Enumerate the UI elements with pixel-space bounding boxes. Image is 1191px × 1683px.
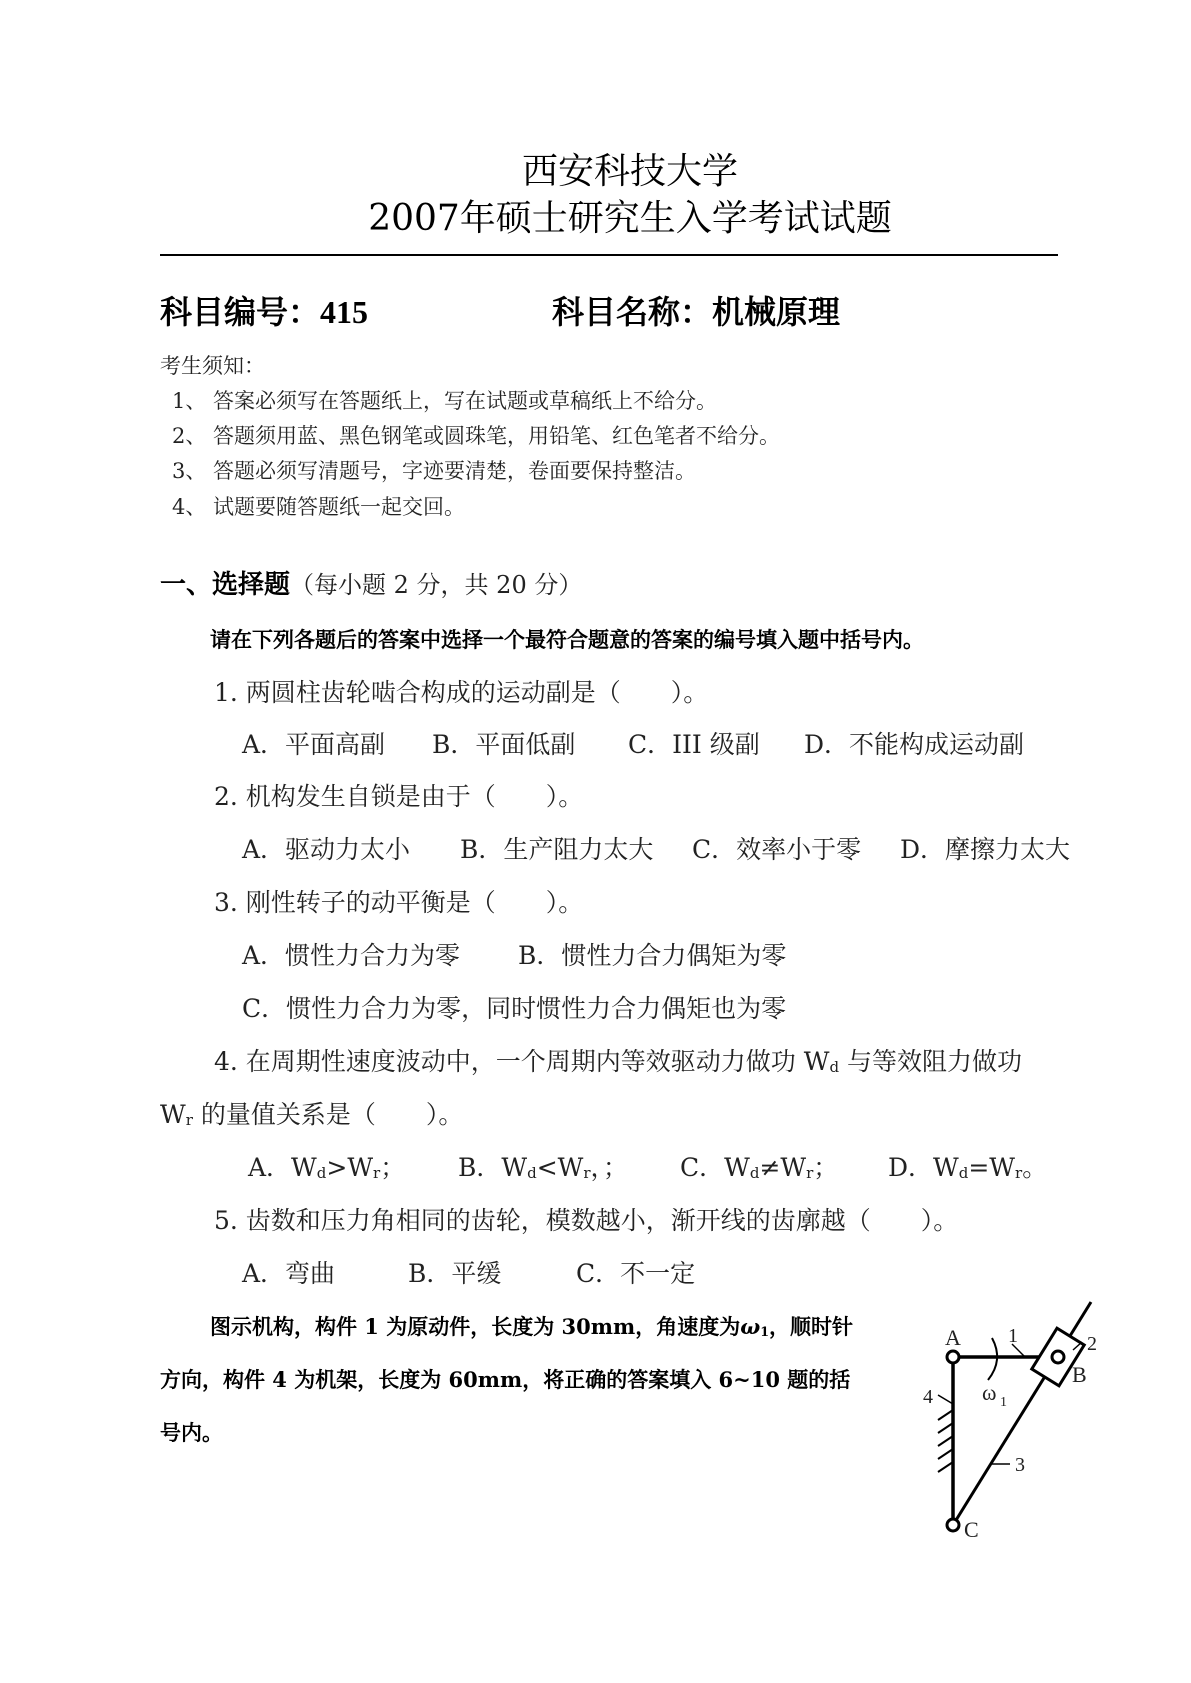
subject-code-label: 科目编号： [160,293,320,331]
mechanism-text-line1: 图示机构，构件 1 为原动件，长度为 30mm，角速度为ω1，顺时针 [210,1313,853,1346]
subscript: d [829,1058,839,1076]
option-a: A．惯性力合力为零 [242,940,518,972]
question-4-options: A．Wd>Wr；B．Wd<Wr，；C．Wd≠Wr；D．Wd=Wr。 [248,1152,1047,1189]
university-title: 西安科技大学 [0,150,1191,194]
option-b: B．惯性力合力偶矩为零 [518,940,786,972]
option-d: D．不能构成运动副 [804,729,1024,761]
subject-name-value: 机械原理 [712,293,840,331]
option-a: A．驱动力太小 [242,834,460,866]
stem-text: 与等效阻力做功 [839,1047,1022,1076]
question-4-stem-line2: Wr 的量值关系是（ ）。 [160,1099,463,1136]
label-link-4: 4 [923,1386,933,1408]
option-d: D．Wd=Wr。 [888,1152,1047,1189]
option-b: B．平面低副 [432,729,628,761]
question-3-option-c: C．惯性力合力为零，同时惯性力合力偶矩也为零 [242,993,786,1025]
exam-title: 2007年硕士研究生入学考试试题 [0,197,1191,241]
option-b: B．平缓 [408,1258,576,1290]
stem-text: 4. 在周期性速度波动中，一个周期内等效驱动力做功 W [214,1047,829,1076]
question-2-options: A．驱动力太小B．生产阻力太大C．效率小于零D．摩擦力太大 [242,834,1070,866]
option-c: C．Wd≠Wr； [680,1152,888,1189]
subject-code-value: 415 [320,294,368,330]
label-link-2: 2 [1087,1333,1097,1355]
option-b: B．生产阻力太大 [460,834,692,866]
section-points: （每小题 2 分，共 20 分） [290,571,582,599]
question-5-options: A．弯曲B．平缓C．不一定 [242,1258,695,1290]
question-4-stem-line1: 4. 在周期性速度波动中，一个周期内等效驱动力做功 Wd 与等效阻力做功 [214,1046,1022,1083]
question-3-stem: 3. 刚性转子的动平衡是（ ）。 [214,887,583,919]
option-c: C．不一定 [576,1258,695,1290]
joint-c-icon [947,1519,959,1531]
label-omega: ω [982,1380,996,1405]
header-divider [160,254,1058,256]
question-1-stem: 1. 两圆柱齿轮啮合构成的运动副是（ ）。 [214,677,708,709]
question-2-stem: 2. 机构发生自锁是由于（ ）。 [214,781,583,813]
question-5-stem: 5. 齿数和压力角相同的齿轮，模数越小，渐开线的齿廓越（ ）。 [214,1205,958,1237]
section-instruction: 请在下列各题后的答案中选择一个最符合题意的答案的编号填入题中括号内。 [210,626,924,654]
mechanism-text-line3: 号内。 [160,1419,223,1447]
notice-item: 3、 答题必须写清题号，字迹要清楚，卷面要保持整洁。 [172,457,696,485]
notice-item: 1、 答案必须写在答题纸上，写在试题或草稿纸上不给分。 [172,387,717,415]
option-a: A．Wd>Wr； [248,1152,458,1189]
label-link-3: 3 [1015,1454,1025,1476]
subject-name-label: 科目名称： [552,293,712,331]
question-3-options-ab: A．惯性力合力为零B．惯性力合力偶矩为零 [242,940,786,972]
option-a: A．平面高副 [242,729,432,761]
notice-item: 2、 答题须用蓝、黑色钢笔或圆珠笔，用铅笔、红色笔者不给分。 [172,422,780,450]
joint-a-icon [947,1351,959,1363]
option-b: B．Wd<Wr，； [458,1152,680,1189]
omega-arc-icon [988,1338,997,1380]
label-c: C [964,1517,979,1542]
section-title: 一、选择题 [160,570,290,600]
label-omega-sub: 1 [1000,1395,1007,1410]
option-d: D．摩擦力太大 [900,834,1070,866]
notice-title: 考生须知： [160,352,265,380]
ground-hatch-icon [938,1410,953,1472]
subscript: r [186,1111,193,1129]
section-heading: 一、选择题（每小题 2 分，共 20 分） [160,568,582,602]
para-text: ，顺时针 [769,1314,853,1339]
stem-text: W [160,1100,186,1129]
subject-name: 科目名称：机械原理 [552,292,840,332]
stem-text: 的量值关系是（ ）。 [193,1100,463,1129]
mechanism-text-line2: 方向，构件 4 为机架，长度为 60mm，将正确的答案填入 6~10 题的括 [160,1366,850,1394]
notice-item: 4、 试题要随答题纸一起交回。 [172,493,465,521]
option-a: A．弯曲 [242,1258,408,1290]
option-c: C．III 级副 [628,729,804,761]
subject-code: 科目编号：415 [160,292,368,332]
mechanism-diagram: A 1 2 B ω 1 4 3 C [900,1260,1140,1560]
joint-b-icon [1052,1351,1064,1363]
subscript: 1 [760,1324,769,1339]
label-b: B [1072,1362,1087,1387]
option-c: C．效率小于零 [692,834,900,866]
question-1-options: A．平面高副B．平面低副C．III 级副D．不能构成运动副 [242,729,1024,761]
label-link-1: 1 [1008,1325,1018,1347]
leader-4 [938,1395,953,1404]
label-a: A [945,1325,961,1350]
para-text: 图示机构，构件 1 为原动件，长度为 30mm，角速度为 [210,1314,740,1339]
omega-symbol: ω [740,1314,760,1339]
